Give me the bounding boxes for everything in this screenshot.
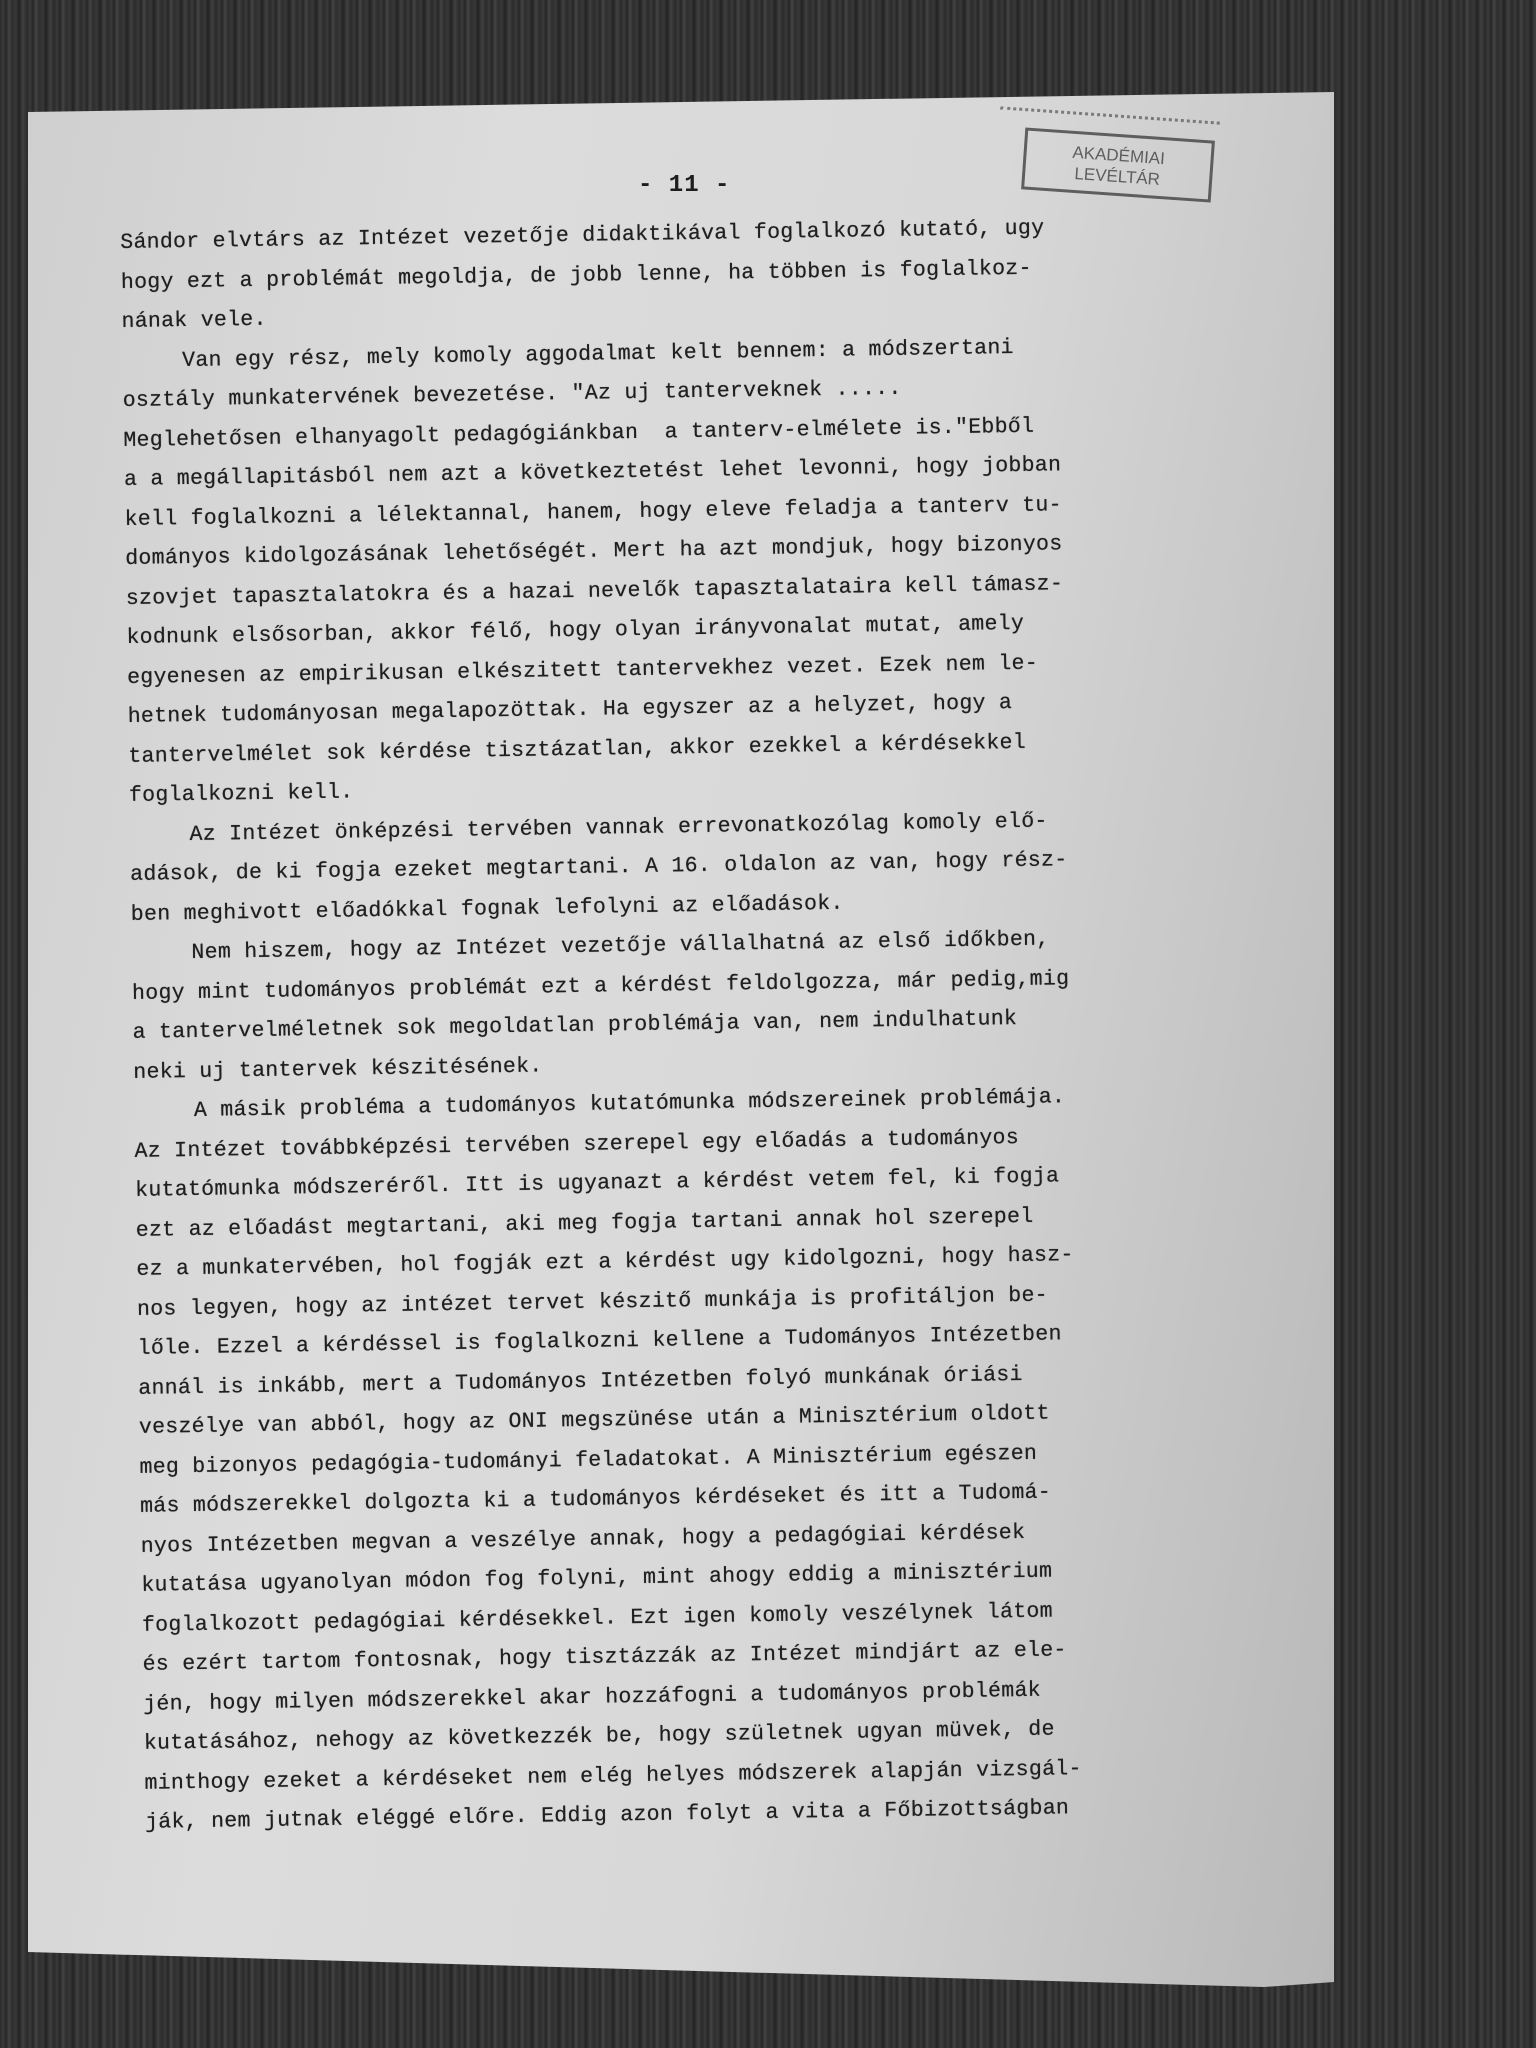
document-page: AKADÉMIAI LEVÉLTÁR - 11 - Sándor elvtárs… xyxy=(28,92,1334,1992)
archive-stamp: AKADÉMIAI LEVÉLTÁR xyxy=(1021,127,1215,202)
page-number: - 11 - xyxy=(638,172,730,199)
typewritten-body: Sándor elvtárs az Intézet vezetője didak… xyxy=(120,205,1365,1843)
stamp-signature-line xyxy=(1000,106,1220,124)
